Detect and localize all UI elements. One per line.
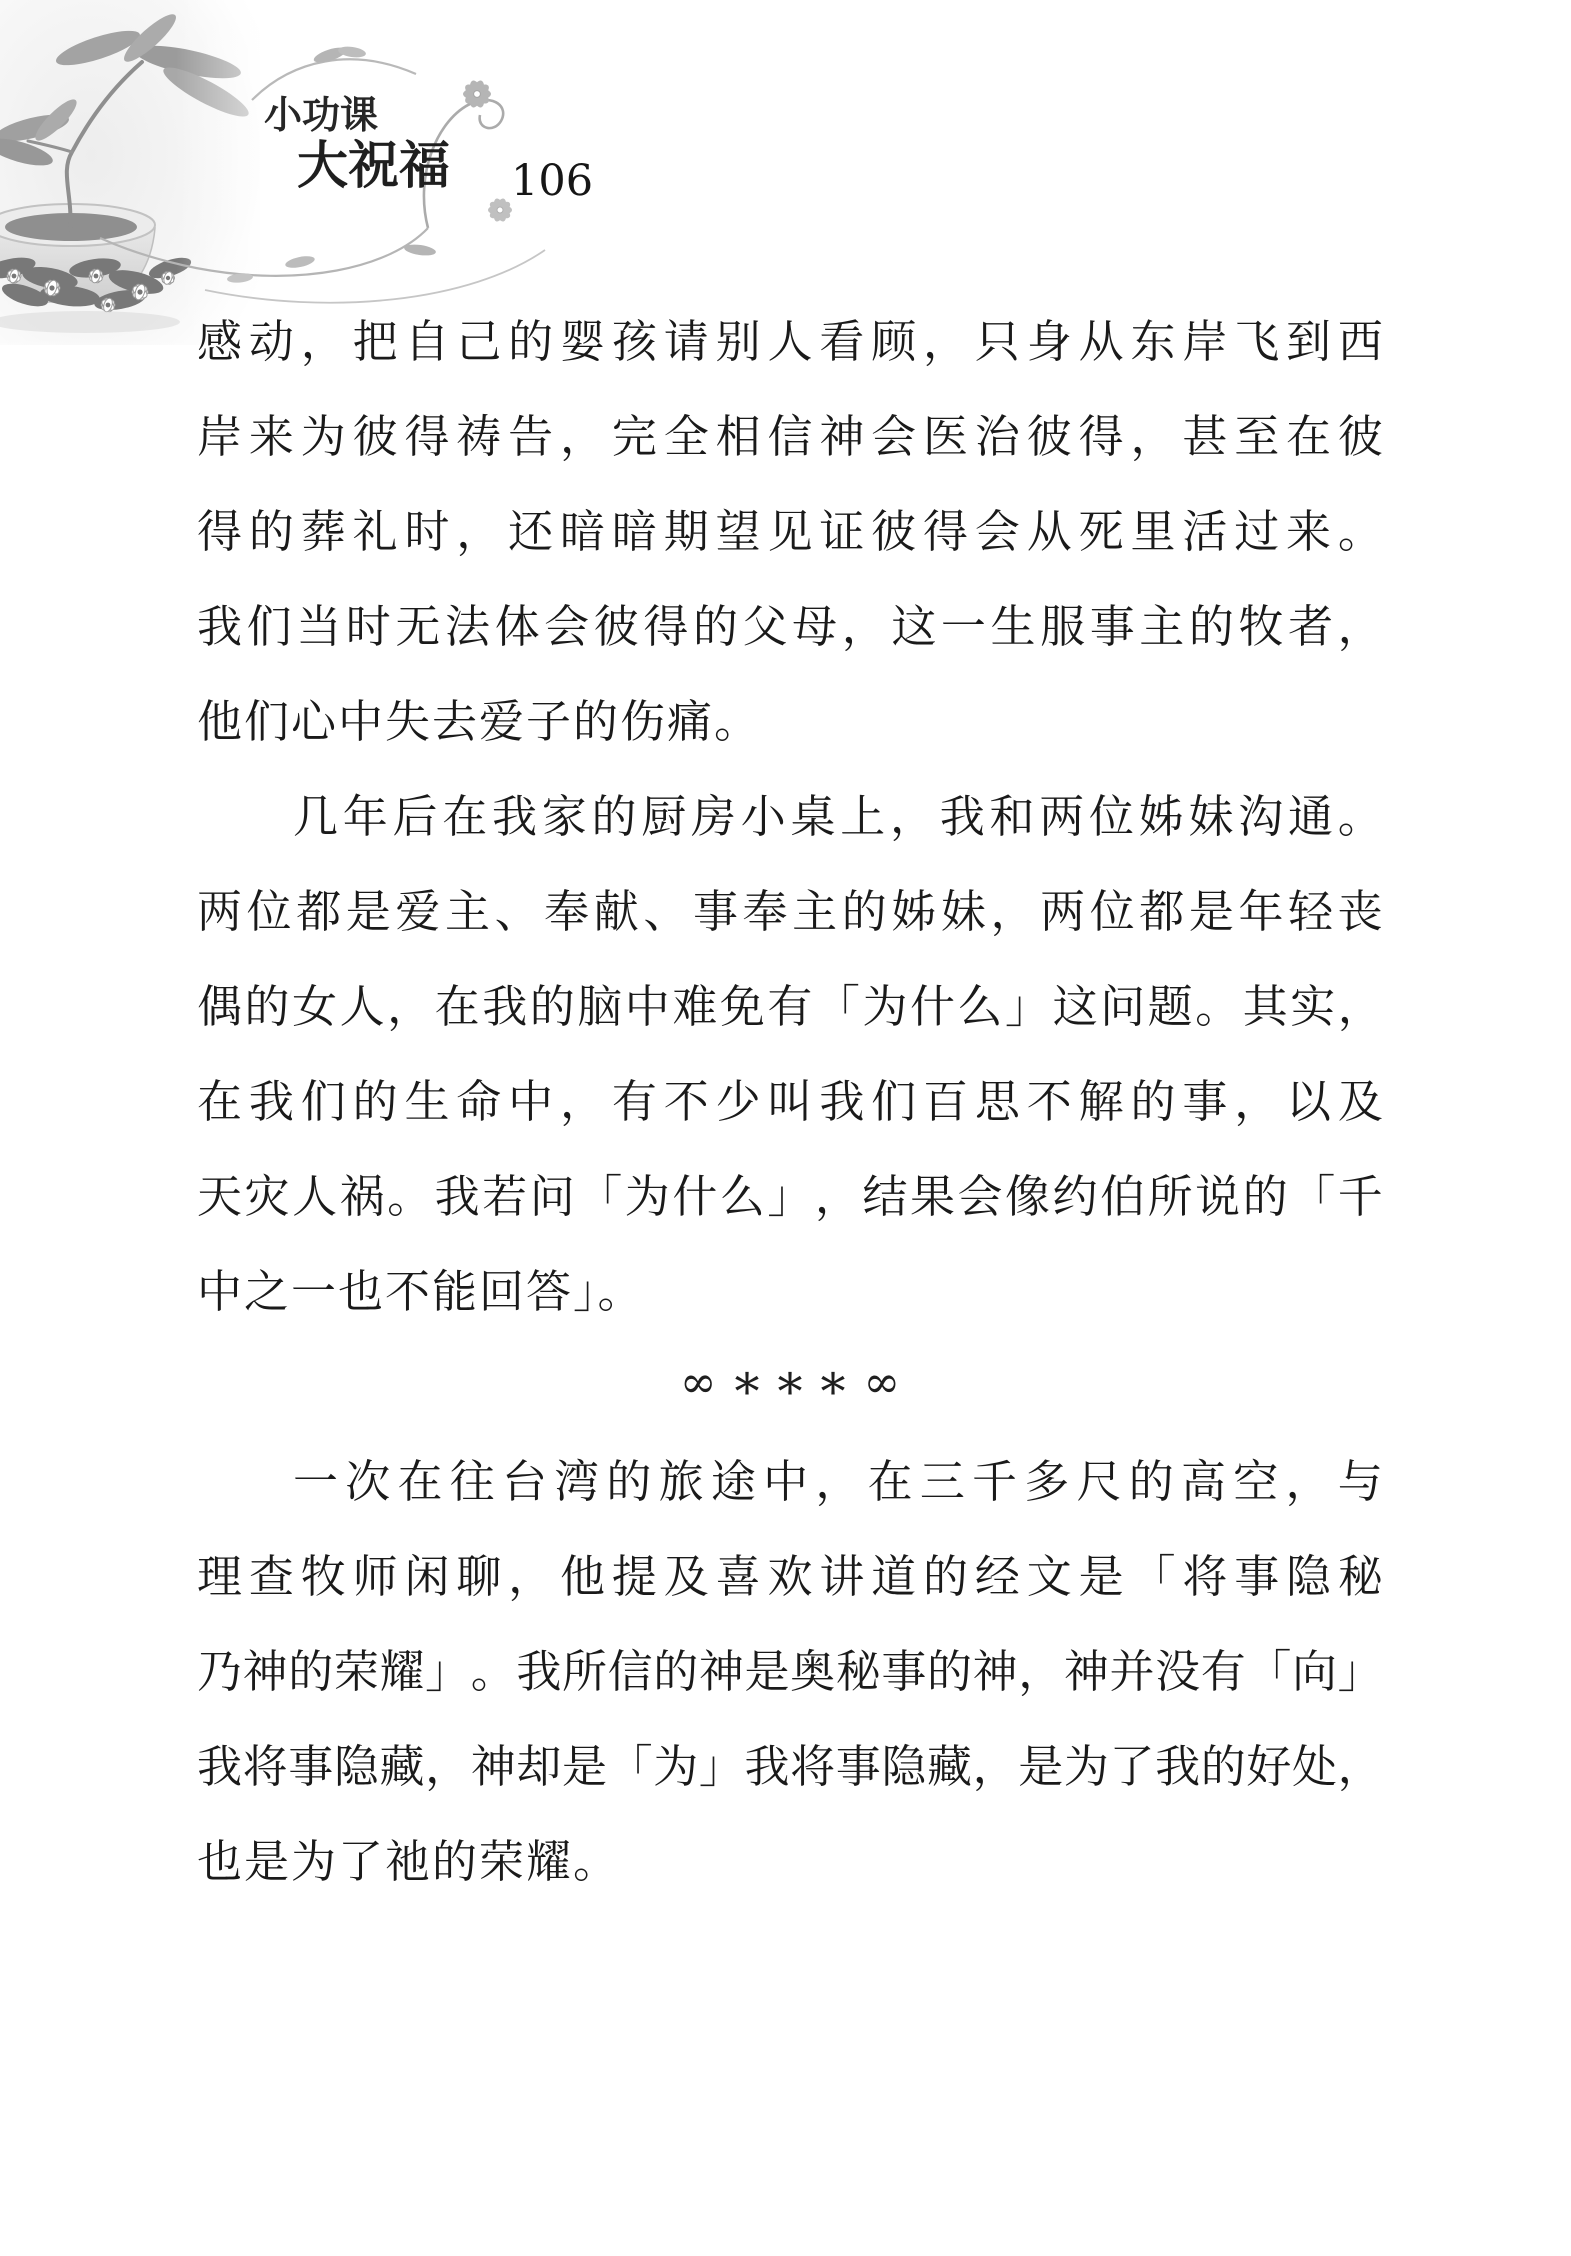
text-line: 两位都是爱主、奉献、事奉主的姊妹，两位都是年轻丧 bbox=[197, 860, 1383, 955]
text-line: 理查牧师闲聊，他提及喜欢讲道的经文是「将事隐秘 bbox=[197, 1525, 1383, 1620]
text-line: 一次在往台湾的旅途中，在三千多尺的高空，与 bbox=[197, 1430, 1383, 1525]
text-line: 也是为了祂的荣耀。 bbox=[197, 1810, 1383, 1905]
text-line: 我们当时无法体会彼得的父母，这一生服事主的牧者， bbox=[197, 575, 1383, 670]
section-separator: ∞***∞ bbox=[197, 1335, 1383, 1430]
text-line: 天灾人祸。我若问「为什么」，结果会像约伯所说的「千 bbox=[197, 1145, 1383, 1240]
asterisk-glyph: * bbox=[778, 1363, 803, 1421]
body-text: 感动，把自己的婴孩请别人看顾，只身从东岸飞到西岸来为彼得祷告，完全相信神会医治彼… bbox=[197, 290, 1383, 1905]
asterisk-glyph: * bbox=[821, 1363, 846, 1421]
infinity-glyph: ∞ bbox=[680, 1357, 717, 1408]
text-line: 乃神的荣耀」。我所信的神是奥秘事的神，神并没有「向」 bbox=[197, 1620, 1383, 1715]
text-line: 几年后在我家的厨房小桌上，我和两位姊妹沟通。 bbox=[197, 765, 1383, 860]
text-line: 他们心中失去爱子的伤痛。 bbox=[197, 670, 1383, 765]
text-line: 偶的女人，在我的脑中难免有「为什么」这问题。其实， bbox=[197, 955, 1383, 1050]
text-line: 我将事隐藏，神却是「为」我将事隐藏，是为了我的好处， bbox=[197, 1715, 1383, 1810]
page-number: 106 bbox=[511, 156, 593, 206]
text-line: 岸来为彼得祷告，完全相信神会医治彼得，甚至在彼 bbox=[197, 385, 1383, 480]
book-title-line1: 小功课 bbox=[264, 95, 378, 137]
text-line: 在我们的生命中，有不少叫我们百思不解的事，以及 bbox=[197, 1050, 1383, 1145]
asterisk-glyph: * bbox=[735, 1363, 760, 1421]
text-line: 得的葬礼时，还暗暗期望见证彼得会从死里活过来。 bbox=[197, 480, 1383, 575]
book-title-line2: 大祝福 bbox=[297, 139, 450, 195]
infinity-glyph: ∞ bbox=[864, 1357, 901, 1408]
text-line: 中之一也不能回答」。 bbox=[197, 1240, 1383, 1335]
book-page: 小功课 大祝福 106 感动，把自己的婴孩请别人看顾，只身从东岸飞到西岸来为彼得… bbox=[0, 0, 1571, 2256]
text-line: 感动，把自己的婴孩请别人看顾，只身从东岸飞到西 bbox=[197, 290, 1383, 385]
